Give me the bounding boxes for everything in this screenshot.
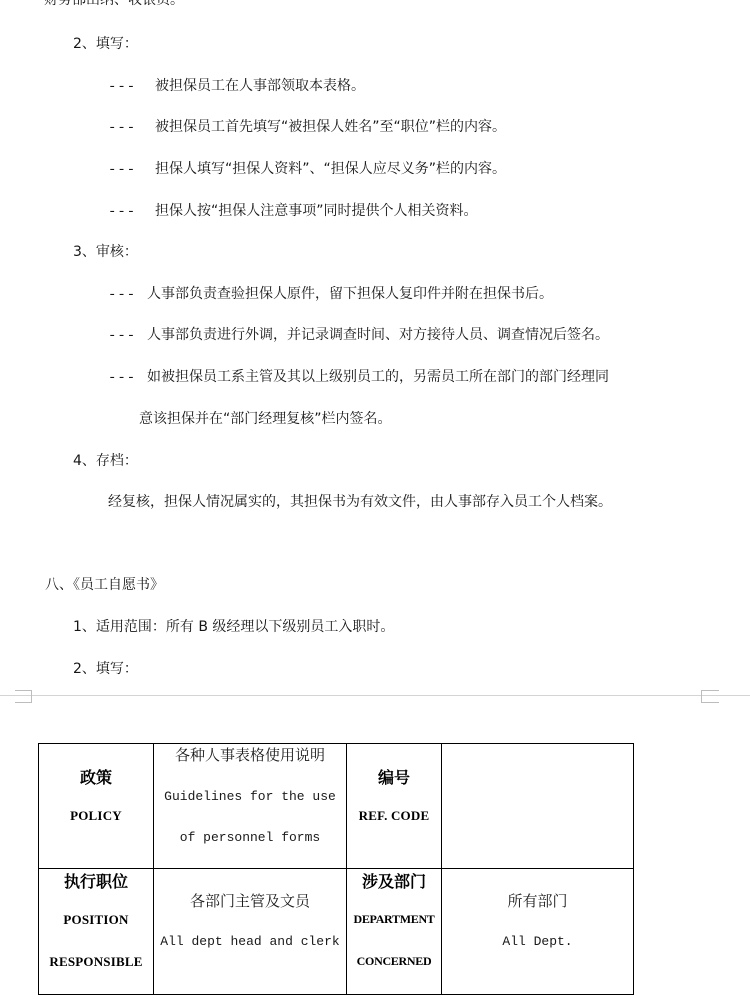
policy-header-table: 政策 POLICY 各种人事表格使用说明 Guidelines for the … — [38, 743, 634, 995]
department-label-en1: DEPARTMENT — [347, 912, 441, 927]
page-corner-mark-right — [701, 690, 719, 703]
policy-label-en: POLICY — [39, 808, 153, 824]
position-label-en2: RESPONSIBLE — [39, 954, 153, 970]
review-item-text: 人事部负责查验担保人原件，留下担保人复印件并附在担保书后。 — [147, 286, 553, 302]
department-label-zh: 涉及部门 — [347, 869, 441, 892]
review-item-continuation: 意该担保并在“部门经理复核”栏内签名。 — [139, 410, 392, 428]
policy-value-en-line2: of personnel forms — [154, 830, 346, 845]
bullet-dash: --- — [108, 78, 155, 96]
fill-heading: 2、填写： — [73, 35, 138, 53]
fill-item: ---被担保员工在人事部领取本表格。 — [108, 77, 365, 96]
position-value-zh: 各部门主管及文员 — [154, 890, 346, 911]
fill-item-text: 担保人填写“担保人资料”、“担保人应尽义务”栏的内容。 — [155, 161, 506, 177]
ref-code-value-cell — [442, 744, 634, 869]
department-label-en2: CONCERNED — [347, 954, 441, 969]
top-fragment-text: 财务部出纳、收银员。 — [44, 0, 184, 9]
archive-text: 经复核，担保人情况属实的，其担保书为有效文件，由人事部存入员工个人档案。 — [108, 493, 612, 511]
department-value-en: All Dept. — [442, 934, 633, 949]
table-row: 政策 POLICY 各种人事表格使用说明 Guidelines for the … — [39, 744, 634, 869]
fill-item: ---担保人填写“担保人资料”、“担保人应尽义务”栏的内容。 — [108, 160, 506, 179]
fill-item-text: 担保人按“担保人注意事项”同时提供个人相关资料。 — [155, 203, 478, 219]
bullet-dash: --- — [108, 369, 147, 387]
review-item-text: 人事部负责进行外调，并记录调查时间、对方接待人员、调查情况后签名。 — [147, 327, 609, 343]
archive-heading: 4、存档： — [73, 452, 138, 470]
ref-code-label-zh: 编号 — [347, 765, 441, 788]
review-item: ---如被担保员工系主管及其以上级别员工的，另需员工所在部门的部门经理同 — [108, 368, 609, 387]
policy-value-cell: 各种人事表格使用说明 Guidelines for the use of per… — [154, 744, 347, 869]
section-8-scope: 1、适用范围：所有 B 级经理以下级别员工入职时。 — [73, 618, 394, 636]
bullet-dash: --- — [108, 286, 147, 304]
position-value-cell: 各部门主管及文员 All dept head and clerk — [154, 869, 347, 995]
policy-value-zh: 各种人事表格使用说明 — [154, 744, 346, 765]
page-break-line — [0, 695, 750, 696]
ref-code-label-cell: 编号 REF. CODE — [347, 744, 442, 869]
policy-label-zh: 政策 — [39, 765, 153, 788]
position-label-en1: POSITION — [39, 912, 153, 928]
page-corner-mark-left — [15, 690, 32, 703]
bullet-dash: --- — [108, 161, 155, 179]
department-value-cell: 所有部门 All Dept. — [442, 869, 634, 995]
policy-value-en-line1: Guidelines for the use — [154, 789, 346, 804]
department-value-zh: 所有部门 — [442, 890, 633, 911]
fill-item-text: 被担保员工在人事部领取本表格。 — [155, 78, 365, 94]
bullet-dash: --- — [108, 203, 155, 221]
department-label-cell: 涉及部门 DEPARTMENT CONCERNED — [347, 869, 442, 995]
section-8-title: 八、《员工自愿书》 — [45, 576, 164, 594]
table-row: 执行职位 POSITION RESPONSIBLE 各部门主管及文员 All d… — [39, 869, 634, 995]
fill-item: ---被担保员工首先填写“被担保人姓名”至“职位”栏的内容。 — [108, 118, 506, 137]
section-8-fill-heading: 2、填写： — [73, 660, 138, 678]
fill-item-text: 被担保员工首先填写“被担保人姓名”至“职位”栏的内容。 — [155, 119, 506, 135]
position-label-zh: 执行职位 — [39, 869, 153, 892]
policy-label-cell: 政策 POLICY — [39, 744, 154, 869]
fill-item: ---担保人按“担保人注意事项”同时提供个人相关资料。 — [108, 202, 478, 221]
position-value-en: All dept head and clerk — [154, 934, 346, 949]
ref-code-label-en: REF. CODE — [347, 808, 441, 824]
bullet-dash: --- — [108, 119, 155, 137]
position-label-cell: 执行职位 POSITION RESPONSIBLE — [39, 869, 154, 995]
bullet-dash: --- — [108, 327, 147, 345]
review-item: ---人事部负责查验担保人原件，留下担保人复印件并附在担保书后。 — [108, 285, 553, 304]
review-item-text: 如被担保员工系主管及其以上级别员工的，另需员工所在部门的部门经理同 — [147, 369, 609, 385]
review-item: ---人事部负责进行外调，并记录调查时间、对方接待人员、调查情况后签名。 — [108, 326, 609, 345]
review-heading: 3、审核： — [73, 243, 138, 261]
